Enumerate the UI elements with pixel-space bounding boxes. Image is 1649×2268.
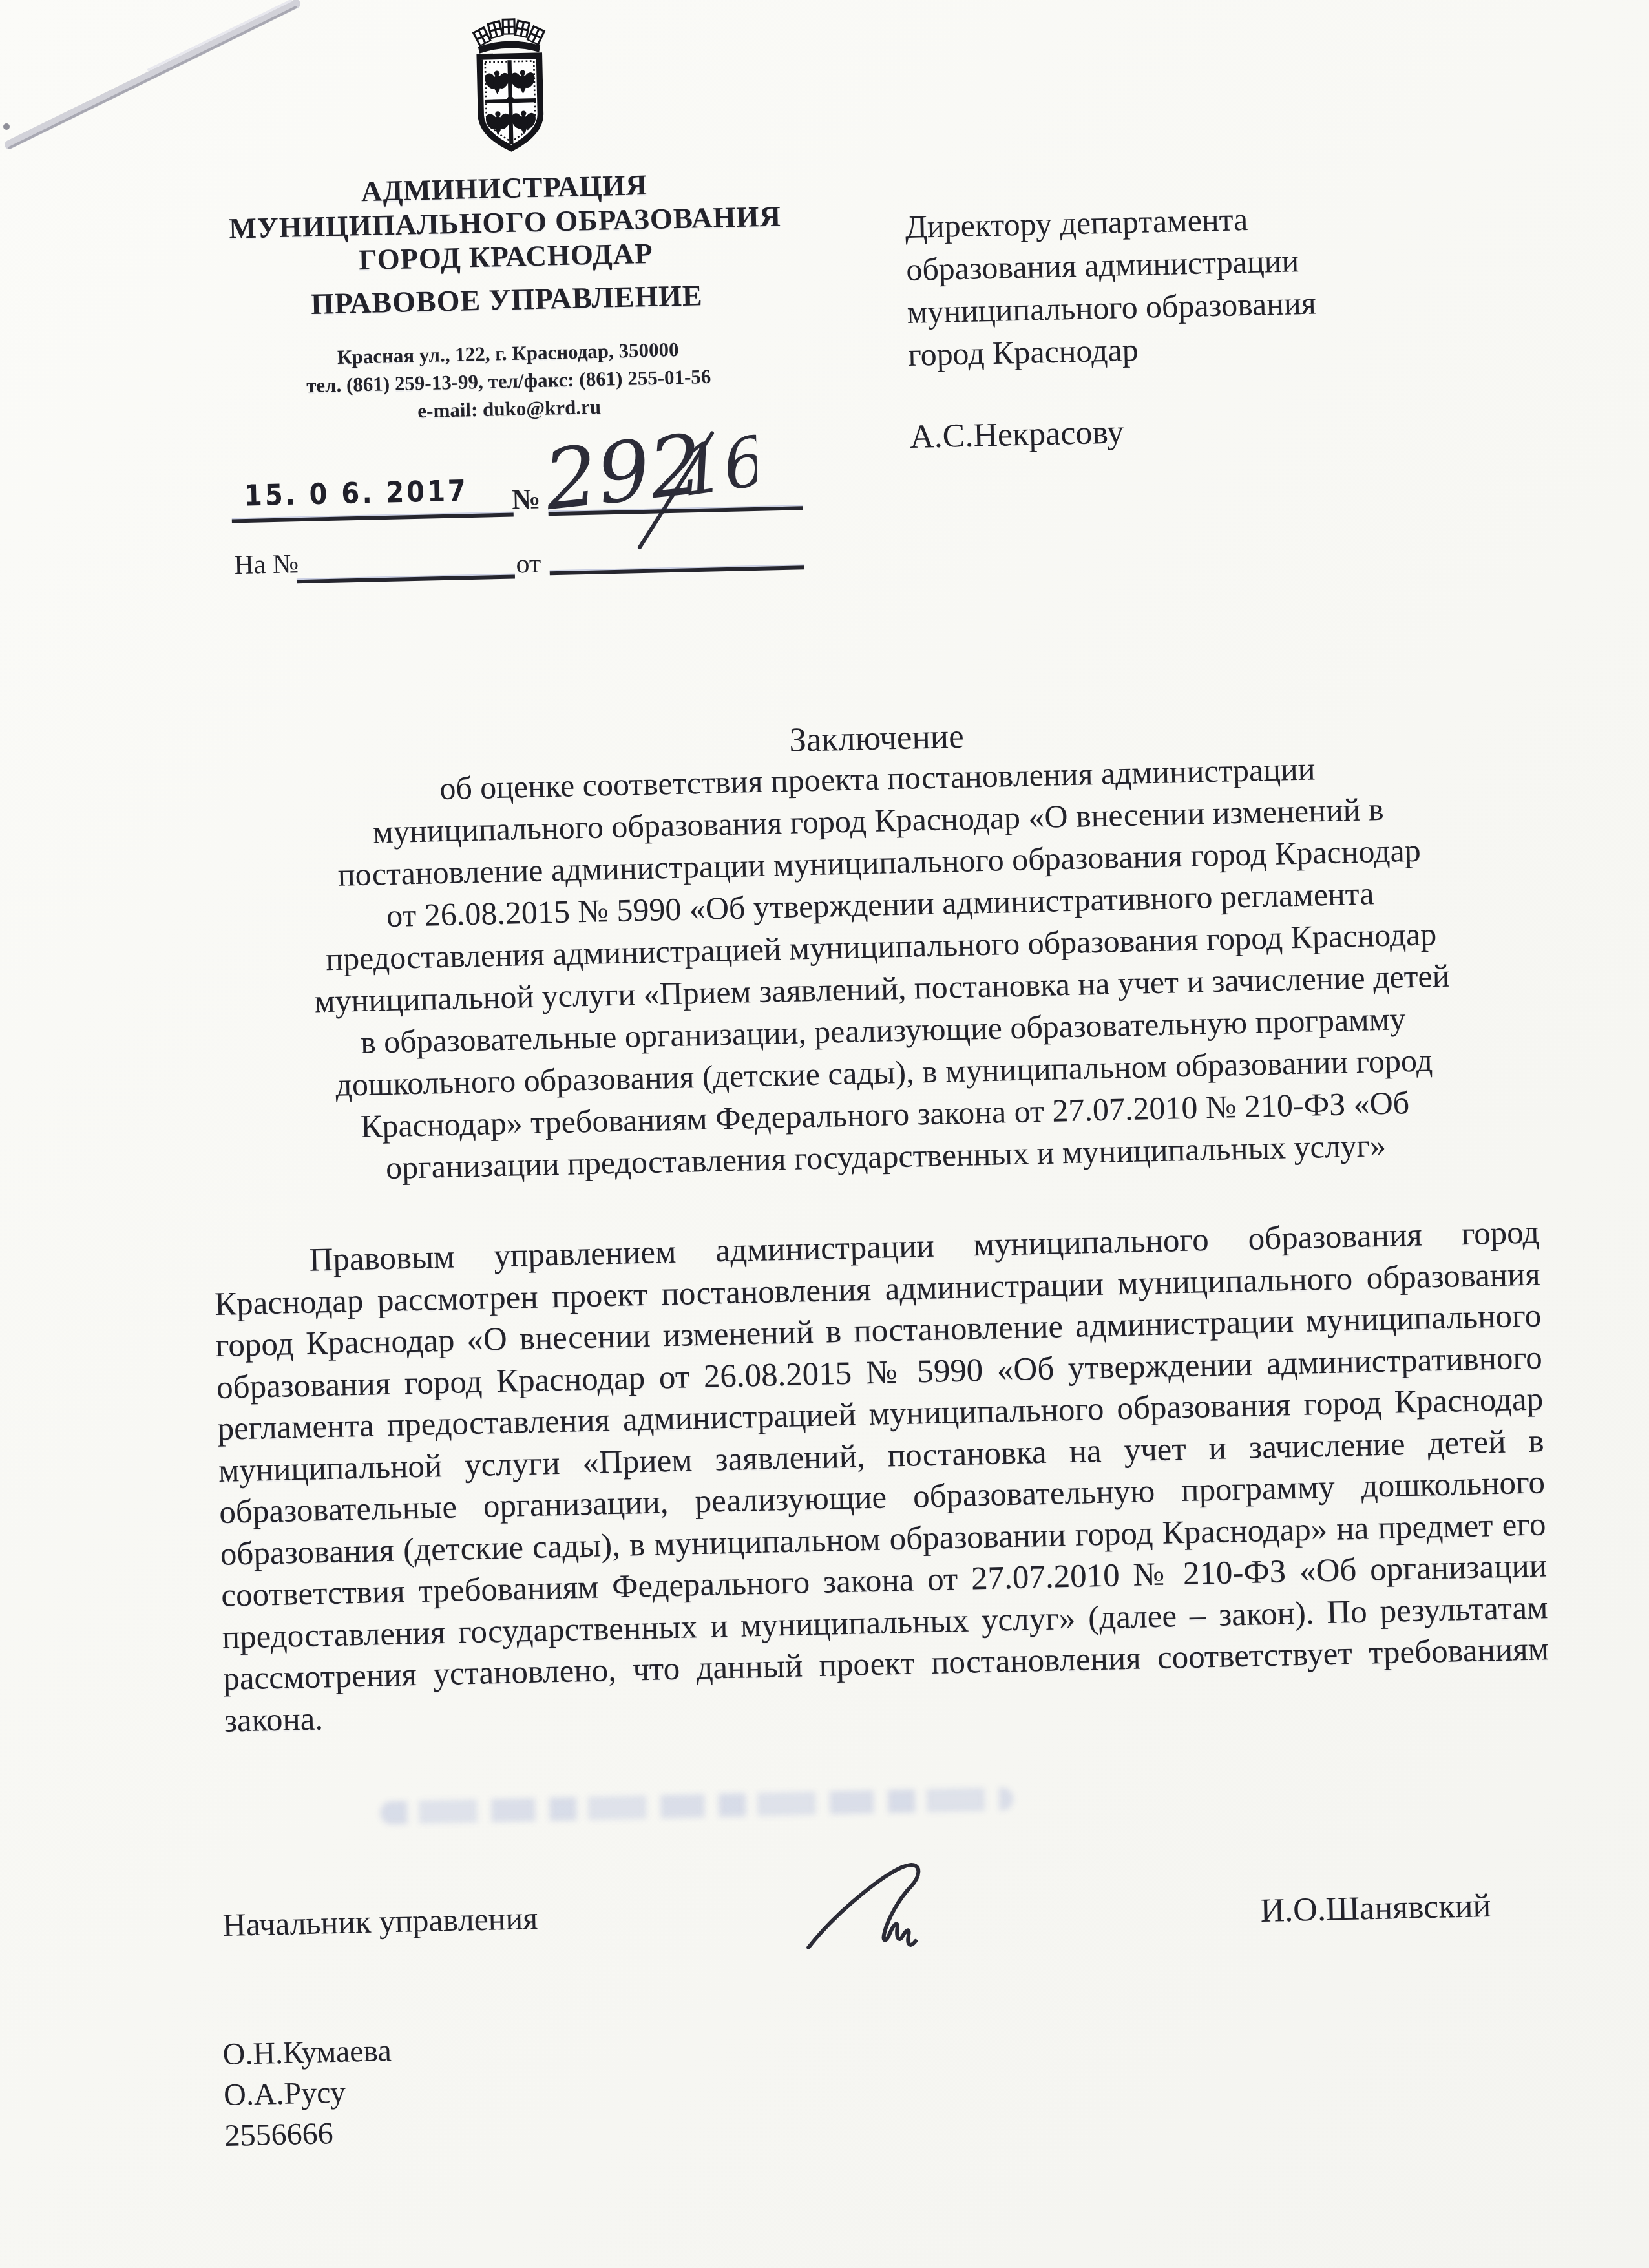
recipient-block: Директору департамента образования админ… [905,191,1531,459]
reply-date-label: от [516,549,541,580]
reference-block: 15. 0 6. 2017 № 292 16 На № от [213,425,863,614]
executor-name: О.Н.Кумаева [222,2030,392,2075]
scan-artifact-wire [0,0,310,168]
scanned-letter: { "letterhead": { "org_lines": ["АДМИНИС… [0,0,1649,2268]
handwritten-signature [801,1853,952,1972]
svg-text:16: 16 [675,421,759,512]
reply-date-underline [550,565,804,575]
signer-name: И.О.Шанявский [1260,1887,1491,1930]
coat-of-arms [461,17,559,162]
recipient-name: А.С.Некрасову [909,402,1530,459]
date-stamp: 15. 0 6. 2017 [244,474,468,512]
bleed-through-text [380,1787,1014,1825]
document-title-block: Заключение об оценке соответствия проект… [213,704,1549,1192]
number-sign-label: № [512,483,541,516]
letterhead: АДМИНИСТРАЦИЯ МУНИЦИПАЛЬНОГО ОБРАЗОВАНИЯ… [194,164,820,430]
executor-block: О.Н.Кумаева О.А.Русу 2556666 [222,2030,394,2156]
handwritten-outgoing-number: 292 16 [536,418,759,562]
reply-to-label: На № [234,549,299,581]
signer-position-title: Начальник управления [222,1899,538,1944]
executor-phone: 2556666 [224,2112,394,2156]
executor-name: О.А.Русу [223,2071,392,2116]
body-paragraph: Правовым управлением администрации муниц… [213,1212,1550,1741]
department-name: ПРАВОВОЕ УПРАВЛЕНИЕ [196,275,817,325]
document-page: АДМИНИСТРАЦИЯ МУНИЦИПАЛЬНОГО ОБРАЗОВАНИЯ… [0,0,1649,2268]
reply-number-underline [297,574,515,583]
date-underline [232,512,514,523]
